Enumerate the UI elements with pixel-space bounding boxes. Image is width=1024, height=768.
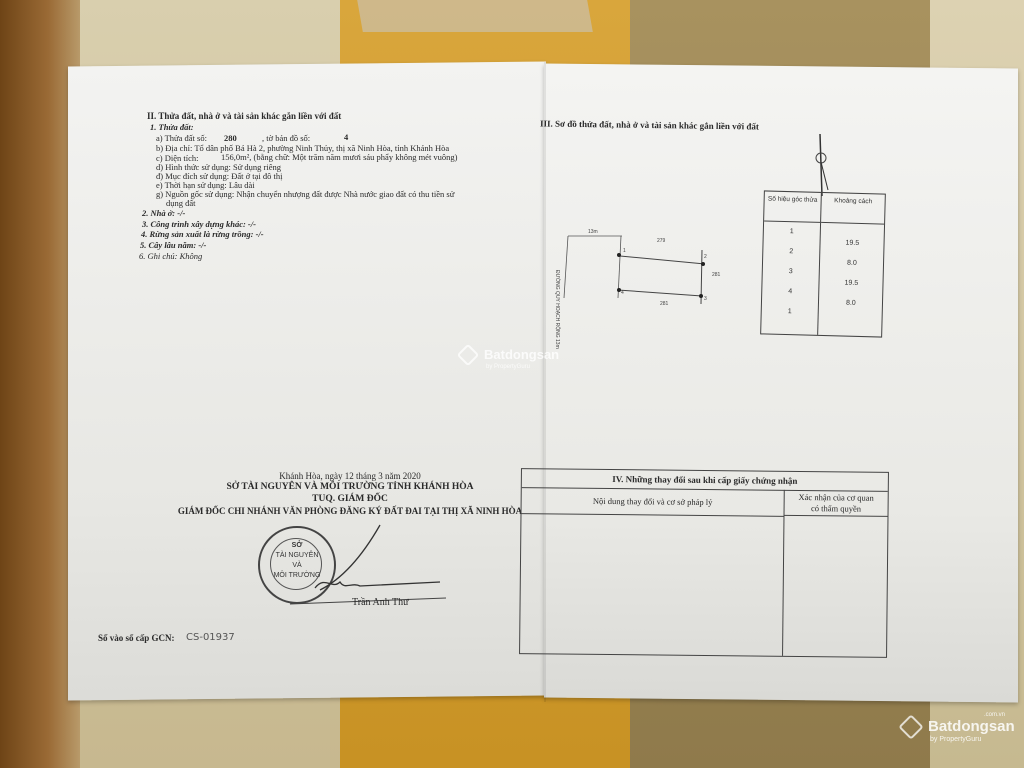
table-header: Xác nhận của cơ quan có thẩm quyền (784, 490, 887, 517)
neighbor-bottom-label: 281 (660, 301, 668, 307)
signer-name: Trần Anh Thư (352, 597, 409, 608)
parcel-label: a) Thửa đất số: (156, 133, 207, 143)
changes-table: IV. Những thay đổi sau khi cấp giấy chứn… (519, 468, 889, 658)
perennial-item: 5. Cây lâu năm: -/- (140, 240, 206, 250)
watermark-sub: by PropertyGuru (486, 364, 559, 370)
origin-line-2: dụng đất (166, 198, 196, 208)
corner-distance-table: Số hiệu góc thửa Khoảng cách 1 2 3 4 1 1… (760, 190, 886, 337)
distance-cell: 8.0 (846, 300, 856, 307)
agency-name: SỞ TÀI NGUYÊN VÀ MÔI TRƯỜNG TỈNH KHÁNH H… (190, 482, 510, 492)
forest-item: 4. Rừng sản xuất là rừng trồng: -/- (141, 229, 264, 239)
road-label: ĐƯỜNG QUY HOẠCH RỘNG 13m (554, 270, 560, 350)
corner-point-cell: 1 (790, 228, 794, 235)
land-heading: 1. Thửa đất: (150, 122, 194, 132)
distance-cell: 19.5 (844, 280, 858, 287)
neighbor-right-label: 281 (712, 272, 720, 278)
corner-watermark: .com.vn Batdongsan by PropertyGuru (902, 712, 1015, 743)
watermark-brand: Batdongsan (928, 718, 1015, 735)
origin-line-1: g) Nguồn gốc sử dụng: Nhận chuyển nhượng… (156, 189, 454, 199)
corner-point-cell: 3 (789, 268, 793, 275)
table-header: Nội dung thay đổi và cơ sở pháp lý (522, 487, 784, 517)
register-label: Số vào sổ cấp GCN: (98, 633, 175, 643)
neighbor-top-label: 279 (657, 238, 665, 244)
watermark-sub: by PropertyGuru (930, 736, 1015, 743)
corner-point-label: 1 (623, 248, 626, 254)
signer-title: GIÁM ĐỐC CHI NHÁNH VĂN PHÒNG ĐĂNG KÝ ĐẤT… (140, 506, 560, 516)
house-item: 2. Nhà ở: -/- (142, 208, 185, 218)
table-header: Số hiệu góc thửa (764, 191, 821, 222)
corner-point-cell: 1 (788, 308, 792, 315)
road-width-label: 13m (588, 229, 598, 235)
corner-point-cell: 2 (789, 248, 793, 255)
table-header: Khoảng cách (821, 193, 885, 225)
map-sheet-label: , tờ bản đồ số: (262, 133, 310, 143)
center-watermark: Batdongsan by PropertyGuru (460, 346, 559, 370)
corner-point-label: 3 (704, 296, 707, 302)
corner-point-cell: 4 (788, 288, 792, 295)
batdongsan-logo-icon (457, 343, 480, 366)
watermark-brand: Batdongsan (484, 347, 559, 362)
corner-point-label: 2 (704, 254, 707, 260)
signing-date: Khánh Hòa, ngày 12 tháng 3 năm 2020 (200, 471, 500, 481)
distance-cell: 8.0 (847, 260, 857, 267)
area-value: 156,0m², (bằng chữ: Một trăm năm mươi sá… (221, 152, 458, 162)
register-value: CS-01937 (186, 632, 235, 643)
batdongsan-logo-icon (898, 714, 923, 739)
map-sheet-number: 4 (344, 132, 348, 142)
on-behalf-title: TUQ. GIÁM ĐỐC (190, 494, 510, 504)
parcel-number: 280 (224, 133, 237, 143)
other-works-item: 3. Công trình xây dựng khác: -/- (142, 219, 256, 229)
background-paper-scrap (357, 0, 593, 32)
section-ii-title: II. Thửa đất, nhà ở và tài sản khác gắn … (147, 111, 341, 121)
corner-point-label: 4 (621, 290, 624, 296)
distance-cell: 19.5 (845, 240, 859, 247)
note-item: 6. Ghi chú: Không (139, 251, 202, 261)
